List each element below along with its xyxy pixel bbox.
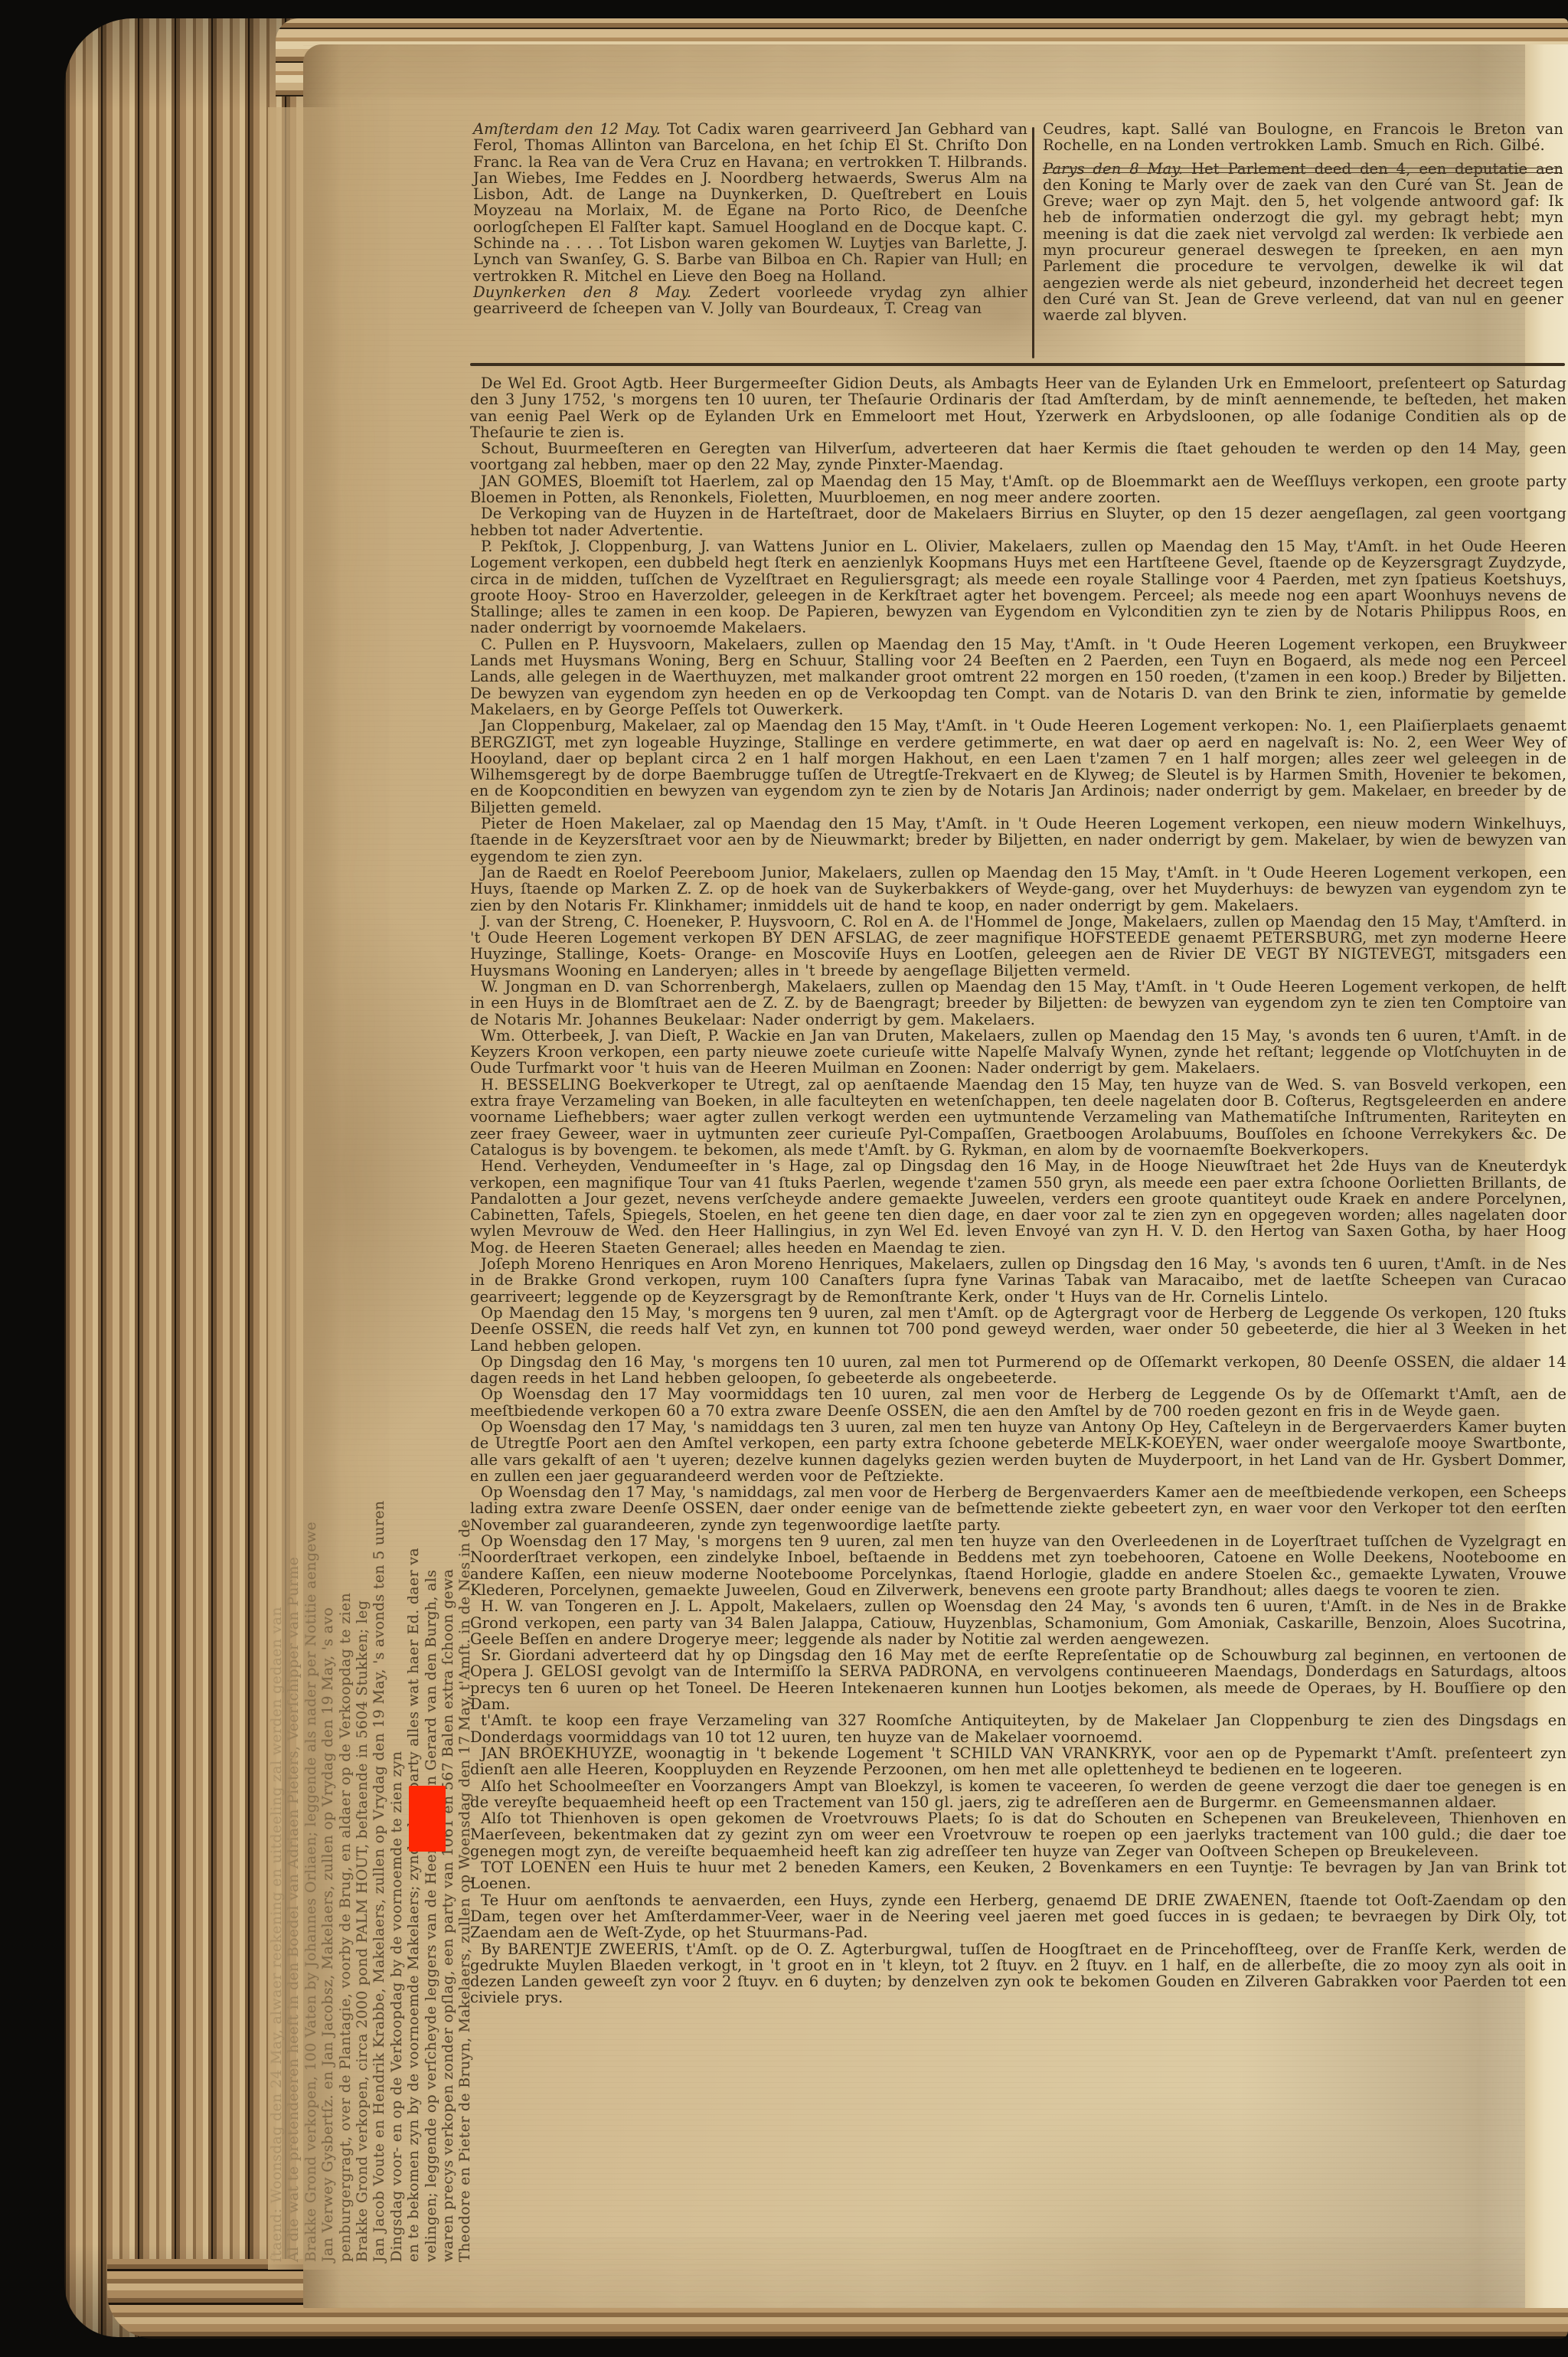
rotated-line: penburgergragt, over de Plantagie, voorb… [337, 107, 354, 2262]
dateline: Duynkerken den 8 May. [473, 283, 691, 301]
advert-paragraph: De Verkoping van de Huyzen in de Harteſt… [470, 505, 1566, 538]
rotated-showthrough-text: ſtaend: Woonsdag den 24 May, alwaer reek… [268, 107, 476, 2270]
rotated-line: Jan Jacob Voute en Hendrik Krabbe, Makel… [371, 107, 387, 2262]
advert-paragraph: H. BESSELING Boekverkoper te Utregt, zal… [470, 1077, 1566, 1158]
news-paragraph: Duynkerken den 8 May. Zedert voorleede v… [473, 284, 1027, 317]
advert-paragraph: By BARENTJE ZWEERIS, t'Amſt. op de O. Z.… [470, 1941, 1566, 2006]
rotated-line: Brakke Grond verkopen, circa 2000 pond P… [354, 107, 371, 2262]
advert-paragraph: J. van der Streng, C. Hoeneker, P. Huysv… [470, 914, 1566, 979]
rotated-line: Dingsdag voor- en op de Verkoopdag by de… [388, 107, 405, 2262]
rotated-line: Jan Verwey Gysbertſz. en Jan Jacobsz, Ma… [319, 107, 336, 2262]
advert-paragraph: Sr. Giordani adverteerd dat hy op Dingsd… [470, 1647, 1566, 1712]
advertisements-section: De Wel Ed. Groot Agtb. Heer Burgermeeſte… [470, 375, 1566, 2006]
advert-paragraph: C. Pullen en P. Huysvoorn, Makelaers, zu… [470, 636, 1566, 718]
advert-paragraph: Pieter de Hoen Makelaer, zal op Maendag … [470, 816, 1566, 865]
rotated-line: en te bekomen zyn by de voornoemde Makel… [405, 107, 422, 2262]
advert-paragraph: Schout, Buurmeeſteren en Geregten van Hi… [470, 440, 1566, 473]
section-rule-thin [1043, 168, 1562, 173]
advert-paragraph: Alſo tot Thienhoven is open gekomen de V… [470, 1810, 1566, 1859]
news-column-right: Ceudres, kapt. Sallé van Boulogne, en Fr… [1043, 121, 1563, 324]
advert-paragraph: Op Woensdag den 17 May voormiddags ten 1… [470, 1386, 1566, 1419]
rotated-line: velingen; leggende op verſcheyde leggers… [423, 107, 439, 2262]
advert-paragraph: Jan de Raedt en Roelof Peereboom Junior,… [470, 865, 1566, 914]
advert-paragraph: Op Maendag den 15 May, 's morgens ten 9 … [470, 1305, 1566, 1354]
scanned-newspaper-page: ſtaend: Woonsdag den 24 May, alwaer reek… [0, 0, 1568, 2357]
advert-paragraph: P. Pekſtok, J. Cloppenburg, J. van Watte… [470, 538, 1566, 636]
advert-paragraph: Op Woensdag den 17 May, 's namiddags ten… [470, 1419, 1566, 1484]
rotated-line: Brakke Grond verkopen, 100 Vaten by Joha… [302, 107, 319, 2262]
red-highlight-marker [409, 1786, 446, 1852]
dateline: Amſterdam den 12 May. [473, 120, 661, 138]
advert-paragraph: W. Jongman en D. van Schorrenbergh, Make… [470, 979, 1566, 1028]
advert-paragraph: De Wel Ed. Groot Agtb. Heer Burgermeeſte… [470, 375, 1566, 440]
advert-paragraph: Hend. Verheyden, Vendumeeſter in 's Hage… [470, 1158, 1566, 1256]
news-paragraph: Parys den 8 May. Het Parlement deed den … [1043, 161, 1563, 324]
news-paragraph: Ceudres, kapt. Sallé van Boulogne, en Fr… [1043, 121, 1563, 154]
advert-paragraph: JAN GOMES, Bloemiſt tot Haerlem, zal op … [470, 473, 1566, 506]
advert-paragraph: H. W. van Tongeren en J. L. Appolt, Make… [470, 1598, 1566, 1647]
advert-paragraph: Op Woensdag den 17 May, 's morgens ten 9… [470, 1533, 1566, 1598]
advert-paragraph: Alſo het Schoolmeeſter en Voorzangers Am… [470, 1778, 1566, 1811]
rotated-line: waren precys verkopen zonder opſlag, een… [439, 107, 456, 2262]
advert-paragraph: Jan Cloppenburg, Makelaer, zal op Maenda… [470, 718, 1566, 816]
news-column-left: Amſterdam den 12 May. Tot Cadix waren ge… [473, 121, 1027, 317]
advert-paragraph: Op Dingsdag den 16 May, 's morgens ten 1… [470, 1354, 1566, 1387]
advert-paragraph: Joſeph Moreno Henriques en Aron Moreno H… [470, 1256, 1566, 1305]
advert-paragraph: Wm. Otterbeek, J. van Dieſt, P. Wackie e… [470, 1028, 1566, 1077]
news-paragraph: Amſterdam den 12 May. Tot Cadix waren ge… [473, 121, 1027, 284]
rotated-line: Al die wat te pretendeeren heeft in den … [285, 107, 302, 2262]
column-divider-rule [1032, 127, 1034, 358]
section-rule-main [470, 363, 1565, 366]
advert-paragraph: t'Amſt. te koop een fraye Verzameling va… [470, 1712, 1566, 1745]
advert-paragraph: JAN BROEKHUYZE, woonagtig in 't bekende … [470, 1745, 1566, 1778]
advert-paragraph: Op Woensdag den 17 May, 's namiddags, za… [470, 1484, 1566, 1533]
advert-paragraph: TOT LOENEN een Huis te huur met 2 benede… [470, 1859, 1566, 1892]
rotated-line: ſtaend: Woonsdag den 24 May, alwaer reek… [268, 107, 285, 2262]
advert-paragraph: Te Huur om aenſtonds te aenvaerden, een … [470, 1892, 1566, 1941]
